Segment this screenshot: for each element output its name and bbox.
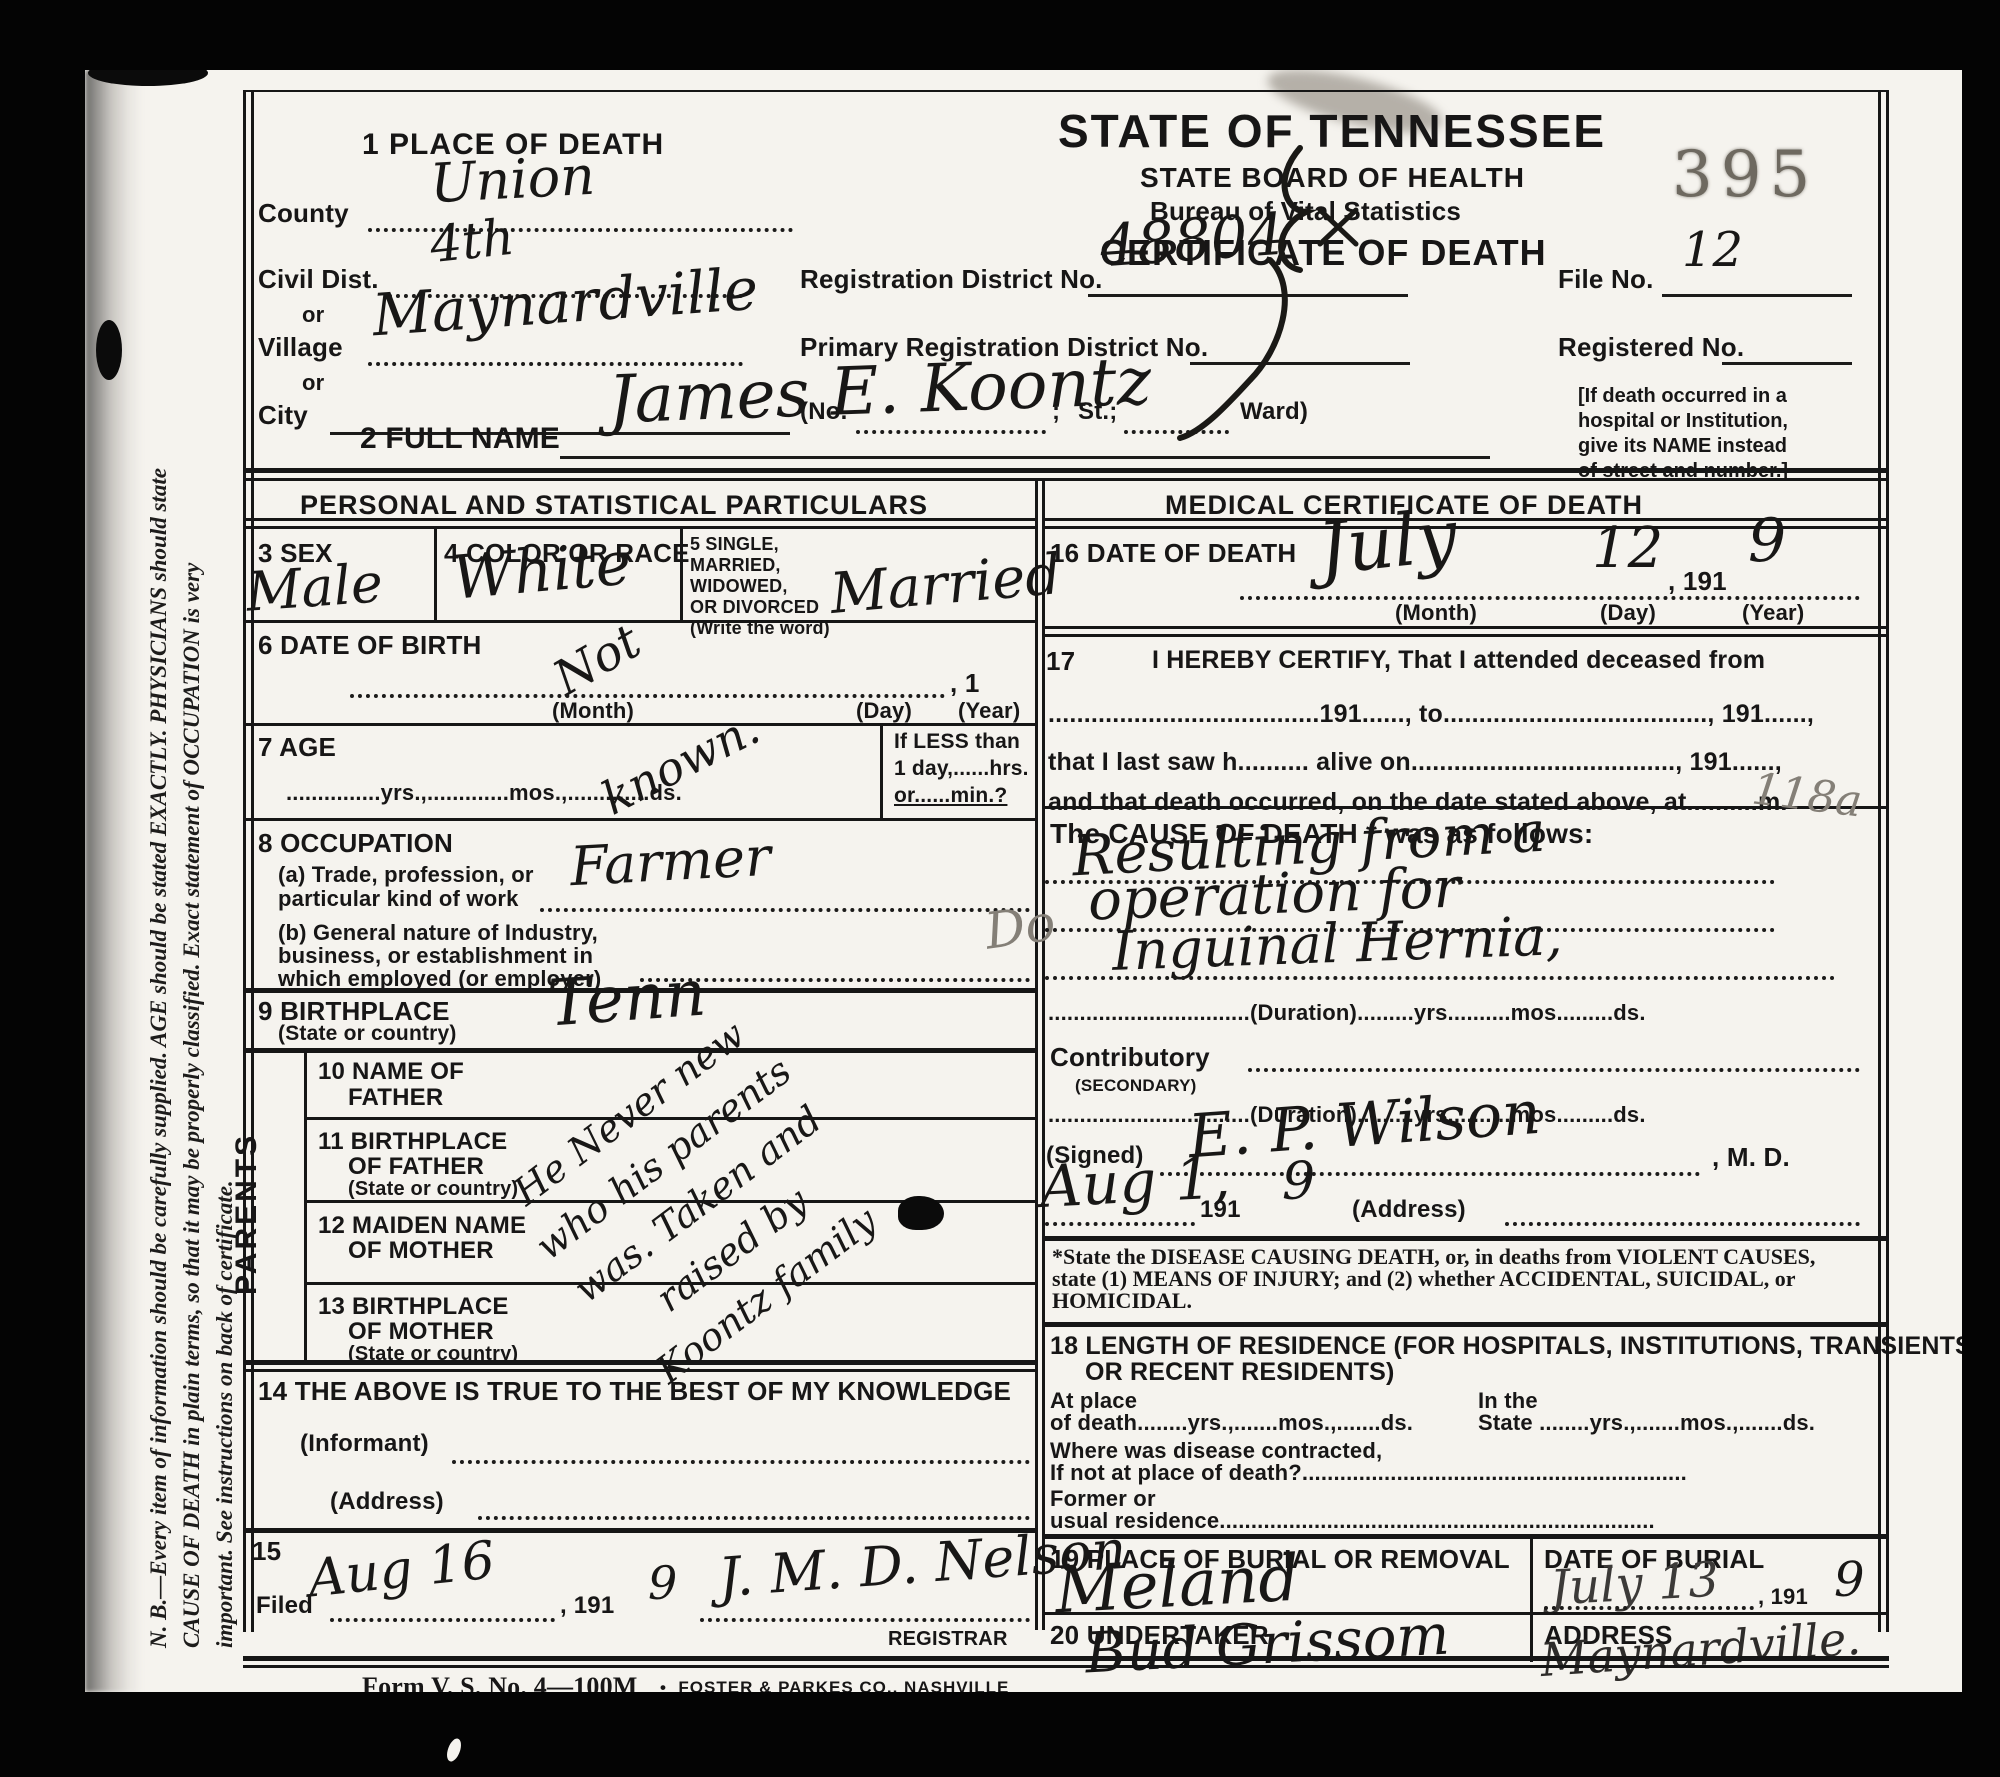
personal-title-rule-1: [243, 518, 1035, 521]
form-border-right-inner: [1878, 90, 1881, 1632]
birthplace-sub: (State or country): [278, 1022, 457, 1046]
dob-year-prefix: , 1: [950, 668, 980, 699]
certify-line2: ......................................19…: [1048, 700, 1814, 729]
footnote-top-rule: [1042, 1236, 1886, 1241]
dob-label: 6 DATE OF BIRTH: [258, 630, 482, 661]
margin-line-1: N. B.—Every item of information should b…: [142, 148, 175, 1648]
contracted-l2: If not at place of death?...............…: [1050, 1460, 1687, 1486]
scan-ink-blob: [96, 320, 122, 380]
village-label: Village: [258, 332, 343, 363]
row5-bottom-rule: [243, 620, 1035, 623]
scan-left-band: [0, 0, 85, 1777]
column-divider-1: [1035, 478, 1038, 1630]
civil-dist-label: Civil Dist.: [258, 264, 379, 295]
scan-top-band: [0, 0, 2000, 70]
city-label: City: [258, 400, 308, 431]
no-line: [856, 430, 1046, 434]
less-line3: or......min.?: [894, 784, 1007, 808]
father-bp-label1: 11 BIRTHPLACE: [318, 1128, 507, 1156]
informant-address-label: (Address): [330, 1488, 444, 1516]
margin-line-3: important. See instructions on back of c…: [208, 148, 241, 1648]
informant-line: [452, 1460, 1030, 1464]
ink-scribble: [1150, 130, 1470, 460]
marital-label: 5 SINGLE, MARRIED, WIDOWED, OR DIVORCED …: [690, 534, 830, 639]
footnote-l1: *State the DISEASE CAUSING DEATH, or, in…: [1052, 1246, 1815, 1268]
scan-bottom-band: [0, 1692, 2000, 1777]
contributory-line: [1248, 1068, 1860, 1072]
file-no-line: [1662, 294, 1852, 297]
filed-year-digit: 9: [648, 1556, 677, 1610]
signed-date-year: 191: [1200, 1196, 1241, 1224]
filed-year-prefix: , 191: [560, 1592, 614, 1620]
filed-line-2: [700, 1618, 1030, 1622]
registration-district-label: Registration District No.: [800, 264, 1103, 295]
burial-date-digit: 9: [1834, 1552, 1865, 1608]
burial-divider: [1530, 1534, 1533, 1612]
occ-a-line: [540, 908, 1030, 912]
burial-top-rule: [1042, 1534, 1886, 1539]
death-certificate-scan: N. B.—Every item of information should b…: [0, 0, 2000, 1777]
personal-title-rule-2: [243, 526, 1035, 529]
hospital-note-line2: hospital or Institution,: [1578, 409, 1788, 434]
signed-address-label: (Address): [1352, 1196, 1466, 1224]
dod-bottom-rule-2: [1042, 634, 1886, 637]
less-line2: 1 day,......hrs.: [894, 757, 1029, 781]
signed-date-line: [1045, 1222, 1195, 1226]
column-divider-2: [1042, 478, 1045, 1630]
burial-date-line: [1544, 1606, 1754, 1610]
footnote-bottom-rule: [1042, 1322, 1886, 1327]
signed-line: [1160, 1172, 1700, 1176]
occ-b-value-pencil: Do: [981, 893, 1059, 960]
father-name-label2: FATHER: [348, 1084, 443, 1112]
dod-month-handwriting: July: [1314, 493, 1461, 591]
footnote-l3: HOMICIDAL.: [1052, 1290, 1815, 1312]
margin-line-2: CAUSE OF DEATH in plain terms, so that i…: [175, 148, 208, 1648]
form-border-top: [243, 90, 1889, 92]
personal-section-title: PERSONAL AND STATISTICAL PARTICULARS: [300, 490, 928, 521]
hospital-note-line1: [If death occurred in a: [1578, 384, 1788, 409]
parents-box-label: PARENTS: [230, 1133, 264, 1295]
sex-race-divider: [434, 526, 437, 620]
informant-address-line: [478, 1516, 1030, 1520]
secondary-label: (SECONDARY): [1075, 1076, 1197, 1096]
or-label-2: or: [302, 370, 324, 396]
certify-number: 17: [1046, 646, 1075, 677]
occ-a-line2: particular kind of work: [278, 886, 519, 912]
certificate-number-stamp: 395: [1672, 138, 1818, 212]
undertaker-top-rule: [1042, 1612, 1886, 1615]
contributory-label: Contributory: [1050, 1042, 1210, 1073]
age-less-divider: [880, 723, 883, 818]
registered-no-label: Registered No.: [1558, 332, 1744, 363]
at-place-l2: of death........yrs.,.......mos.,.......…: [1050, 1410, 1413, 1436]
form-bottom-rule-2: [243, 1665, 1889, 1668]
registrar-label: REGISTRAR: [888, 1628, 1008, 1651]
knowledge-label: 14 THE ABOVE IS TRUE TO THE BEST OF MY K…: [258, 1376, 1011, 1407]
registered-no-line: [1722, 362, 1852, 365]
dod-label: 16 DATE OF DEATH: [1050, 538, 1296, 569]
filed-label: Filed: [256, 1592, 313, 1620]
age-bottom-rule: [243, 818, 1035, 821]
age-label: 7 AGE: [258, 732, 336, 763]
md-label: , M. D.: [1712, 1142, 1790, 1173]
former-l2: usual residence.........................…: [1050, 1508, 1655, 1534]
dob-bottom-rule: [243, 723, 1035, 726]
in-state-l2: State ........yrs.,.......mos.,.......ds…: [1478, 1410, 1815, 1436]
residence-label-1: 18 LENGTH OF RESIDENCE (FOR HOSPITALS, I…: [1050, 1332, 1979, 1361]
ink-blot: [898, 1196, 944, 1230]
form-border-left-outer: [243, 90, 246, 1632]
scan-right-band: [1962, 0, 2000, 1777]
birthplace-value-handwriting: Tenn: [546, 957, 709, 1042]
parents-box-divider: [304, 1048, 307, 1360]
marital-label-l3: WIDOWED,: [690, 576, 830, 597]
dod-year-prefix: , 191: [1668, 566, 1727, 597]
scan-smudge-left: [85, 70, 143, 1692]
dod-day-handwriting: 12: [1592, 516, 1663, 581]
filed-line-1: [330, 1618, 555, 1622]
cause-footnote: *State the DISEASE CAUSING DEATH, or, in…: [1052, 1246, 1815, 1312]
residence-label-2: OR RECENT RESIDENTS): [1085, 1358, 1395, 1387]
county-label: County: [258, 198, 349, 229]
occupation-label: 8 OCCUPATION: [258, 828, 453, 859]
county-value-handwriting: Union: [428, 144, 596, 216]
form-bottom-rule-1: [243, 1656, 1889, 1661]
dob-day-label: (Day): [856, 698, 912, 724]
attest-top-rule-2: [243, 1369, 1035, 1372]
dob-year-label: (Year): [958, 698, 1020, 724]
age-units: ...............yrs.,.............mos.,..…: [286, 780, 682, 806]
dod-day-label: (Day): [1600, 600, 1656, 626]
sex-value-handwriting: Male: [244, 551, 385, 623]
marital-label-l1: 5 SINGLE,: [690, 534, 830, 555]
header-separator-1: [243, 468, 1889, 473]
occupation-value-handwriting: Farmer: [568, 825, 772, 898]
attest-top-rule-1: [243, 1360, 1035, 1365]
cause-duration: ................................(Duratio…: [1048, 1000, 1646, 1026]
signed-date-digit: 9: [1282, 1152, 1315, 1212]
filed-number: 15: [252, 1536, 281, 1567]
form-border-right-outer: [1886, 90, 1889, 1632]
full-name-label: 2 FULL NAME: [360, 422, 560, 456]
civil-dist-value-handwriting: 4th: [427, 208, 517, 274]
certify-line1: I HEREBY CERTIFY, That I attended deceas…: [1152, 646, 1765, 675]
burial-date-year: , 191: [1758, 1584, 1808, 1610]
hospital-note-line3: give its NAME instead: [1578, 434, 1788, 459]
dod-year-label: (Year): [1742, 600, 1804, 626]
dob-month-label: (Month): [552, 698, 634, 724]
file-no-value: 12: [1682, 222, 1743, 278]
header-separator-2: [243, 478, 1889, 481]
less-line1: If LESS than: [894, 730, 1020, 754]
occ-a-line1: (a) Trade, profession, or: [278, 862, 534, 888]
form-border-left-inner: [251, 90, 254, 1632]
informant-label: (Informant): [300, 1430, 429, 1458]
father-bp-label2: OF FATHER: [348, 1153, 484, 1181]
undertaker-divider: [1530, 1612, 1533, 1662]
certify-line3: that I last saw h.......... alive on....…: [1048, 748, 1782, 777]
file-no-label: File No.: [1558, 264, 1654, 295]
dod-month-label: (Month): [1395, 600, 1477, 626]
footnote-l2: state (1) MEANS OF INJURY; and (2) wheth…: [1052, 1268, 1815, 1290]
father-name-label1: 10 NAME OF: [318, 1058, 464, 1086]
dod-year-digit: 9: [1748, 506, 1786, 576]
margin-instructions: N. B.—Every item of information should b…: [142, 148, 241, 1648]
cause-line-3: [1045, 976, 1835, 980]
signed-address-line: [1505, 1222, 1860, 1226]
marital-label-l4: OR DIVORCED: [690, 597, 830, 618]
marital-label-l2: MARRIED,: [690, 555, 830, 576]
dod-bottom-rule-1: [1042, 626, 1886, 629]
or-label-1: or: [302, 302, 324, 328]
race-marital-divider: [680, 526, 683, 620]
